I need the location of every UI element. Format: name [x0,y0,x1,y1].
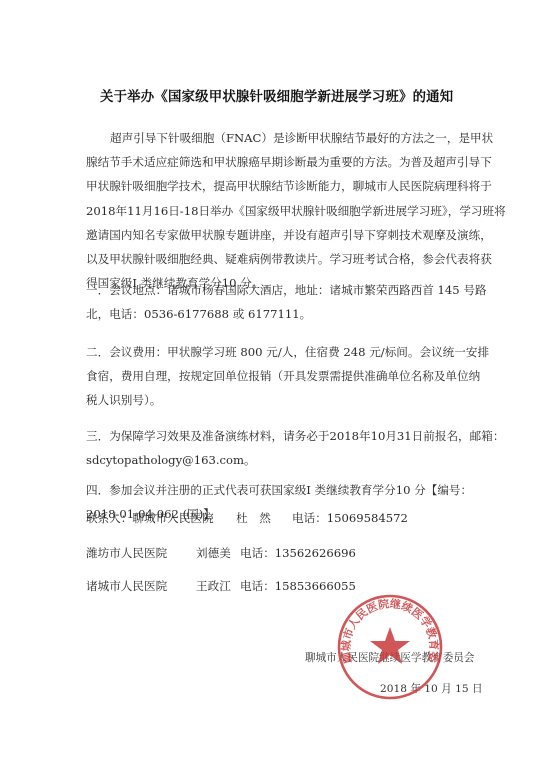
official-seal-icon: 聊城市人民医院继续医学教育委员会 [336,593,444,701]
text-line: 四．参加会议并注册的正式代表可获国家级I 类继续教育学分10 分【编号： [86,478,466,502]
contact-name: 王政江 [196,578,240,594]
text-line: 超声引导下针吸细胞（FNAC）是诊断甲状腺结节最好的方法之一，是甲状 [86,126,466,150]
contact-org: 联系人：聊城市人民医院 [86,510,236,526]
text-line: 腺结节手术适应症筛选和甲状腺癌早期诊断最为重要的方法。为普及超声引导下 [86,150,466,174]
contact-org: 潍坊市人民医院 [86,545,196,561]
text-line: 北，电话：0536-6177688 或 6177111。 [86,302,466,326]
contact-phone: 电话：13562626696 [240,545,356,561]
contact-name: 刘德美 [196,545,240,561]
text-line: 三．为保障学习效果及准备演练材料，请务必于2018年10月31日前报名，邮箱： [86,424,466,448]
text-line: 一．会议地点：诸城市杨春国际大酒店，地址：诸城市繁荣西路西首 145 号路 [86,278,466,302]
text-line: 食宿，费用自理，按规定回单位报销（开具发票需提供准确单位名称及单位纳 [86,364,466,388]
text-line: 甲状腺针吸细胞学技术，提高甲状腺结节诊断能力，聊城市人民医院病理科将于 [86,174,466,198]
section-fees: 二．会议费用：甲状腺学习班 800 元/人，住宿费 248 元/标间。会议统一安… [86,340,466,413]
text-line: 二．会议费用：甲状腺学习班 800 元/人，住宿费 248 元/标间。会议统一安… [86,340,466,364]
contact-org: 诸城市人民医院 [86,578,196,594]
text-line: 以及甲状腺针吸细胞经典、疑难病例带教读片。学习班考试合格，参会代表将获 [86,247,466,271]
section-venue: 一．会议地点：诸城市杨春国际大酒店，地址：诸城市繁荣西路西首 145 号路 北，… [86,278,466,326]
contact-row: 联系人：聊城市人民医院杜 然电话：15069584572 [86,510,408,526]
intro-paragraph: 超声引导下针吸细胞（FNAC）是诊断甲状腺结节最好的方法之一，是甲状 腺结节手术… [86,126,466,295]
text-line: 邀请国内知名专家做甲状腺专题讲座，并设有超声引导下穿刺技术观摩及演练， [86,223,466,247]
contact-row: 潍坊市人民医院刘德美电话：13562626696 [86,545,356,561]
text-line: 税人识别号）。 [86,388,466,412]
email-link[interactable]: sdcytopathology@163.com。 [86,448,466,472]
contact-phone: 电话：15853666055 [240,578,356,594]
contact-row: 诸城市人民医院王政江电话：15853666055 [86,578,356,594]
text-line: 2018年11月16日-18日举办《国家级甲状腺针吸细胞学新进展学习班》，学习班… [86,199,466,223]
section-registration: 三．为保障学习效果及准备演练材料，请务必于2018年10月31日前报名，邮箱： … [86,424,466,472]
contact-name: 杜 然 [236,510,292,526]
document-title: 关于举办《国家级甲状腺针吸细胞学新进展学习班》的通知 [100,86,500,105]
contact-phone: 电话：15069584572 [292,510,408,526]
